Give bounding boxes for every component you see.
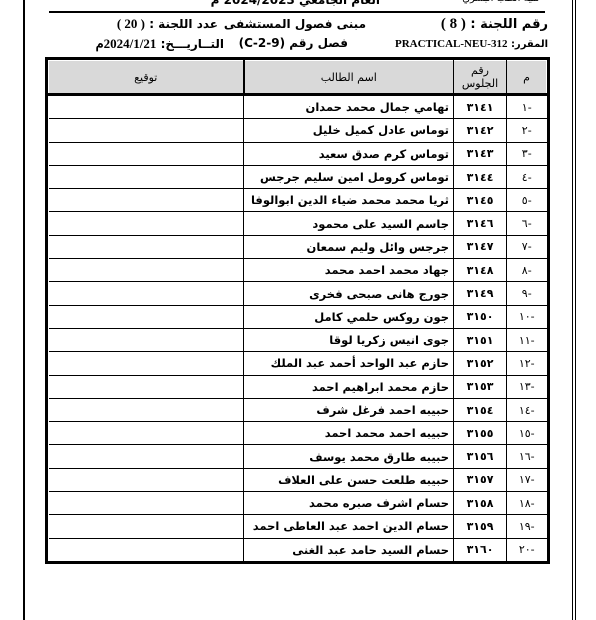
table-row: -٥٣١٤٥ثريا محمد محمد ضياء الدين ابوالوفا [49, 189, 547, 212]
row-index: -٥ [507, 189, 547, 212]
seat-number: ٣١٤٢ [454, 119, 507, 142]
row-index: -٨ [507, 259, 547, 282]
signature-cell [49, 259, 244, 282]
student-name: حبيبه طارق محمد يوسف [244, 445, 454, 468]
signature-cell [49, 352, 244, 375]
signature-cell [49, 492, 244, 515]
table-row: -٦٣١٤٦جاسم السيد على محمود [49, 212, 547, 235]
signature-cell [49, 538, 244, 561]
table-row: -١٢٣١٥٢حازم عبد الواحد أحمد عبد الملك [49, 352, 547, 375]
signature-cell [49, 282, 244, 305]
seat-number: ٣١٥٦ [454, 445, 507, 468]
column-header-signature: توقيع [49, 61, 244, 95]
date-label: التــاريـــخ: [161, 37, 224, 51]
header-divider [49, 11, 545, 13]
student-name: حسام السيد حامد عبد الغنى [244, 538, 454, 561]
seat-number: ٣١٤٧ [454, 235, 507, 258]
student-name: حسام الدين احمد عبد العاطى احمد [244, 515, 454, 538]
committee-count-label: عدد اللجنة : [149, 17, 218, 31]
signature-cell [49, 305, 244, 328]
student-name: جرجس وائل وليم سمعان [244, 235, 454, 258]
seat-number: ٣١٤٥ [454, 189, 507, 212]
table-row: -١٣١٤١تهامي جمال محمد حمدان [49, 95, 547, 119]
row-index: -١٠ [507, 305, 547, 328]
course: المقرر: PRACTICAL-NEU-312 [395, 38, 548, 50]
student-name: جهاد محمد احمد محمد [244, 259, 454, 282]
seat-number: ٣١٤١ [454, 95, 507, 119]
table-row: -١٧٣١٥٧حبيبه طلعت حسن على العلاف [49, 468, 547, 491]
classroom: فصل رقم (9-2-C) [239, 36, 348, 50]
row-index: -٢ [507, 119, 547, 142]
student-name: حازم عبد الواحد أحمد عبد الملك [244, 352, 454, 375]
student-name: توماس كرومل امين سليم جرجس [244, 165, 454, 188]
table-header-row: م رقم الجلوس اسم الطالب توقيع [49, 61, 547, 95]
student-name: حبيبه طلعت حسن على العلاف [244, 468, 454, 491]
row-index: -١٩ [507, 515, 547, 538]
table-row: -١٥٣١٥٥حبيبه احمد محمد احمد [49, 422, 547, 445]
seat-number: ٣١٤٩ [454, 282, 507, 305]
column-header-seat-number: رقم الجلوس [454, 61, 507, 95]
row-index: -١٧ [507, 468, 547, 491]
column-header-index: م [507, 61, 547, 95]
signature-cell [49, 189, 244, 212]
attendance-table: م رقم الجلوس اسم الطالب توقيع -١٣١٤١تهام… [45, 57, 550, 564]
student-name: تهامي جمال محمد حمدان [244, 95, 454, 119]
table-row: -٩٣١٤٩جورج هانى صبحى فخرى [49, 282, 547, 305]
committee-number-label: رقم اللجنة : [470, 17, 548, 32]
row-index: -١٨ [507, 492, 547, 515]
signature-cell [49, 422, 244, 445]
table-row: -١١٣١٥١جوى انيس زكريا لوقا [49, 328, 547, 351]
seat-number: ٣١٤٣ [454, 142, 507, 165]
seat-number: ٣١٥٢ [454, 352, 507, 375]
table-row: -١٣٣١٥٣حازم محمد ابراهيم احمد [49, 375, 547, 398]
course-label: المقرر: [511, 39, 548, 50]
student-name: توماس عادل كميل خليل [244, 119, 454, 142]
table-row: -١٠٣١٥٠جون روكس حلمي كامل [49, 305, 547, 328]
student-name: حبيبه احمد محمد احمد [244, 422, 454, 445]
table-row: -٣٣١٤٣توماس كرم صدق سعيد [49, 142, 547, 165]
row-index: -١٥ [507, 422, 547, 445]
committee-number-value: ( 8 ) [441, 16, 466, 32]
signature-cell [49, 375, 244, 398]
faculty-name: كلية الطب البشري [462, 0, 540, 4]
seat-number: ٣١٥٣ [454, 375, 507, 398]
table-row: -١٨٣١٥٨حسام اشرف صبره محمد [49, 492, 547, 515]
table-row: -٢٠٣١٦٠حسام السيد حامد عبد الغنى [49, 538, 547, 561]
table-row: -١٩٣١٥٩حسام الدين احمد عبد العاطى احمد [49, 515, 547, 538]
seat-number: ٣١٦٠ [454, 538, 507, 561]
row-index: -١ [507, 95, 547, 119]
signature-cell [49, 142, 244, 165]
seat-number: ٣١٥٧ [454, 468, 507, 491]
row-index: -٣ [507, 142, 547, 165]
signature-cell [49, 95, 244, 119]
signature-cell [49, 119, 244, 142]
column-header-student-name: اسم الطالب [244, 61, 454, 95]
exam-date: التــاريـــخ: 2024/1/21م [96, 36, 224, 52]
row-index: -٩ [507, 282, 547, 305]
row-index: -٧ [507, 235, 547, 258]
cropped-top-header: كلية الطب البشري العام الجامعي 2024/2023… [60, 0, 540, 7]
page-border-right-inner [575, 0, 576, 620]
seat-number: ٣١٤٦ [454, 212, 507, 235]
signature-cell [49, 235, 244, 258]
course-code: PRACTICAL-NEU-312 [395, 38, 507, 50]
table-row: -٤٣١٤٤توماس كرومل امين سليم جرجس [49, 165, 547, 188]
student-name: حسام اشرف صبره محمد [244, 492, 454, 515]
student-name: جون روكس حلمي كامل [244, 305, 454, 328]
page-border-right [572, 0, 573, 620]
committee-count: عدد اللجنة : ( 20 ) [117, 16, 218, 32]
row-index: -٢٠ [507, 538, 547, 561]
student-name: جورج هانى صبحى فخرى [244, 282, 454, 305]
date-value: 2024/1/21م [96, 36, 157, 51]
seat-number: ٣١٤٨ [454, 259, 507, 282]
academic-year: العام الجامعي 2024/2023 م [211, 0, 380, 7]
seat-number: ٣١٥٥ [454, 422, 507, 445]
table-row: -٨٣١٤٨جهاد محمد احمد محمد [49, 259, 547, 282]
row-index: -١٢ [507, 352, 547, 375]
row-index: -١٣ [507, 375, 547, 398]
seat-number: ٣١٥٩ [454, 515, 507, 538]
student-name: جاسم السيد على محمود [244, 212, 454, 235]
seat-number: ٣١٥١ [454, 328, 507, 351]
seat-number: ٣١٥٠ [454, 305, 507, 328]
table-row: -٢٣١٤٢توماس عادل كميل خليل [49, 119, 547, 142]
signature-cell [49, 328, 244, 351]
student-name: ثريا محمد محمد ضياء الدين ابوالوفا [244, 189, 454, 212]
signature-cell [49, 515, 244, 538]
committee-number: رقم اللجنة : ( 8 ) [441, 16, 548, 33]
seat-number: ٣١٤٤ [454, 165, 507, 188]
seat-number: ٣١٥٤ [454, 398, 507, 421]
table-row: -١٦٣١٥٦حبيبه طارق محمد يوسف [49, 445, 547, 468]
signature-cell [49, 398, 244, 421]
committee-count-value: ( 20 ) [117, 16, 145, 31]
student-name: جوى انيس زكريا لوقا [244, 328, 454, 351]
page-border-left [23, 0, 25, 620]
student-name: توماس كرم صدق سعيد [244, 142, 454, 165]
row-index: -١٦ [507, 445, 547, 468]
table-row: -٧٣١٤٧جرجس وائل وليم سمعان [49, 235, 547, 258]
signature-cell [49, 165, 244, 188]
row-index: -١٤ [507, 398, 547, 421]
student-name: حبيبه احمد فرغل شرف [244, 398, 454, 421]
student-name: حازم محمد ابراهيم احمد [244, 375, 454, 398]
row-index: -٤ [507, 165, 547, 188]
table-row: -١٤٣١٥٤حبيبه احمد فرغل شرف [49, 398, 547, 421]
signature-cell [49, 212, 244, 235]
row-index: -١١ [507, 328, 547, 351]
building-name: مبنى فصول المستشفى [224, 17, 366, 31]
seat-number: ٣١٥٨ [454, 492, 507, 515]
row-index: -٦ [507, 212, 547, 235]
signature-cell [49, 445, 244, 468]
signature-cell [49, 468, 244, 491]
